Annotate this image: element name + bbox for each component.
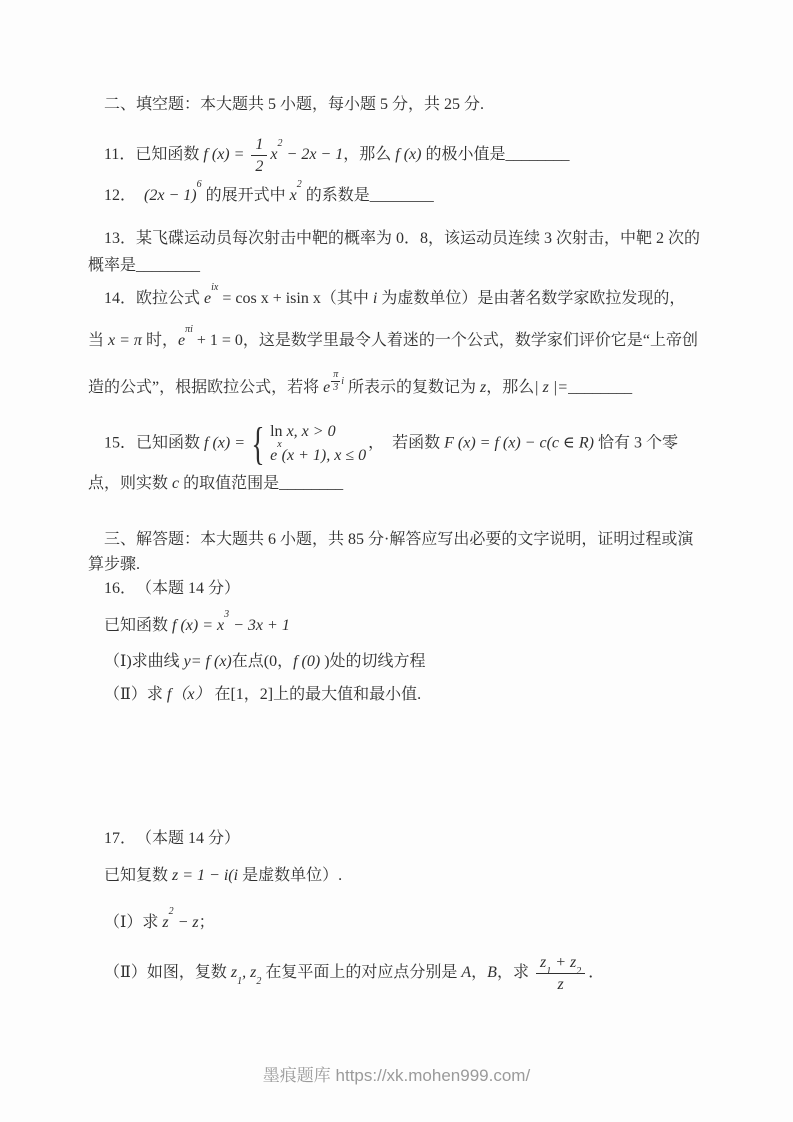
math: z (162, 914, 168, 931)
math: F (x) = f (x) − c(c ∈ R) (444, 435, 594, 452)
section-answer-heading-line1: 三、解答题：本大题共 6 小题，共 85 分·解答应写出必要的文字说明，证明过程… (88, 530, 713, 550)
question-15-line2: 点，则实数 c 的取值范围是________ (88, 474, 713, 494)
superscript: πi (185, 324, 193, 335)
text: 所表示的复数记为 (344, 379, 480, 396)
math: f（x） (167, 686, 211, 703)
fraction-denominator: 3 (331, 382, 340, 394)
text: ，求 (497, 964, 533, 981)
superscript: 2 (278, 138, 283, 149)
text: 为虚数单位）是由著名数学家欧拉发现的， (377, 290, 685, 307)
math: y= f (x) (184, 653, 232, 670)
text: （其中 (321, 290, 373, 307)
text: )处的切线方程 (320, 653, 425, 670)
question-16-part2: （Ⅱ）求 f（x） 在[1，2]上的最大值和最小值. (88, 685, 713, 705)
text: 在[1，2]上的最大值和最小值. (210, 686, 421, 703)
text: 已知复数 (104, 867, 172, 884)
question-16-given: 已知函数 f (x) = x3 − 3x + 1 (88, 616, 713, 636)
text: 造的公式”，根据欧拉公式，若将 (88, 379, 323, 396)
answer-blank: ________ (279, 475, 343, 492)
text: 若函数 (376, 435, 444, 452)
subscript: 2 (256, 976, 261, 987)
question-13-line1: 13．某飞碟运动员每次射击中靶的概率为 0．8，该运动员连续 3 次射击，中靶 … (88, 229, 713, 249)
question-17-given: 已知复数 z = 1 − i(i 是虚数单位）. (88, 866, 713, 886)
math: e (178, 332, 185, 349)
fraction-denominator: z (553, 974, 567, 995)
text: ； (199, 914, 215, 931)
answer-blank: ________ (505, 146, 569, 163)
answer-blank: ________ (370, 187, 434, 204)
text: 当 (88, 332, 108, 349)
question-17-head: 17． （本题 14 分） (88, 829, 713, 849)
math: , (242, 964, 250, 981)
question-14-line3: 造的公式”，根据欧拉公式，若将 eπ3i 所表示的复数记为 z，那么| z |=… (88, 369, 713, 398)
fraction-denominator: 2 (251, 156, 267, 177)
text: （Ⅰ)求曲线 (104, 653, 184, 670)
fraction: π3 (331, 369, 340, 394)
text: 12． (104, 187, 144, 204)
math: f (x) = (203, 146, 248, 163)
text: 的极小值是 (421, 146, 505, 163)
text: ，那么 (486, 379, 534, 396)
section-fill-in-heading: 二、填空题：本大题共 5 小题，每小题 5 分，共 25 分. (88, 95, 713, 115)
text: 概率是 (88, 257, 136, 274)
math: e (323, 379, 330, 396)
text: ， (368, 435, 376, 452)
text: （Ⅰ）求 (104, 914, 162, 931)
text: 的系数是 (302, 187, 370, 204)
text: （Ⅱ）如图，复数 (104, 964, 231, 981)
brace: { (251, 420, 264, 468)
question-14-line2: 当 x = π 时，eπi + 1 = 0，这是数学里最令人着迷的一个公式，数学… (88, 331, 713, 351)
case-row: ln x, x > 0 (270, 420, 366, 444)
text: （Ⅱ）求 (104, 686, 167, 703)
superscript: 6 (197, 179, 202, 190)
math: f (x) = x (172, 617, 224, 634)
question-12: 12． (2x − 1)6 的展开式中 x2 的系数是________ (88, 186, 713, 206)
text: 恰有 3 个零 (594, 435, 678, 452)
exam-page: 二、填空题：本大题共 5 小题，每小题 5 分，共 25 分. 11．已知函数 … (0, 0, 793, 1122)
math: f (0) (293, 653, 320, 670)
superscript: 2 (169, 906, 174, 917)
text: 在点(0， (232, 653, 293, 670)
text: 的取值范围是 (179, 475, 279, 492)
math: − 2x − 1 (283, 146, 344, 163)
math: | z |= (534, 379, 568, 396)
text: ，那么 (343, 146, 395, 163)
math: x (270, 146, 277, 163)
section-heading-text: 算步骤. (88, 556, 140, 573)
text: 17． （本题 14 分） (104, 830, 240, 847)
text: 16． （本题 14 分） (104, 580, 240, 597)
question-17-part1: （Ⅰ）求 z2 − z； (88, 913, 713, 933)
superscript: 3 (224, 609, 229, 620)
fraction: 12 (251, 134, 267, 177)
question-11: 11．已知函数 f (x) = 12x2 − 2x − 1，那么 f (x) 的… (88, 134, 713, 177)
text: 点，则实数 (88, 475, 172, 492)
piecewise-cases: {ln x, x > 0ex(x + 1), x ≤ 0 (247, 420, 366, 468)
question-13-line2: 概率是________ (88, 256, 713, 276)
section-answer-heading-line2: 算步骤. (88, 555, 713, 575)
question-16-head: 16． （本题 14 分） (88, 579, 713, 599)
question-14-line1: 14．欧拉公式 eix = cos x + isin x（其中 i 为虚数单位）… (88, 289, 713, 309)
fraction: z1 + z2z (536, 952, 585, 995)
superscript: ix (211, 282, 218, 293)
section-heading-text: 三、解答题：本大题共 6 小题，共 85 分·解答应写出必要的文字说明，证明过程… (104, 531, 693, 548)
footer-text: 墨痕题库 https://xk.mohen999.com/ (263, 1066, 530, 1085)
math: (2x − 1) (144, 187, 197, 204)
math: A (461, 964, 471, 981)
answer-blank: ________ (136, 257, 200, 274)
math: + 1 = 0 (193, 332, 243, 349)
text: 14．欧拉公式 (104, 290, 204, 307)
fraction-numerator: 1 (251, 134, 267, 156)
section-heading-text: 二、填空题：本大题共 5 小题，每小题 5 分，共 25 分. (104, 96, 484, 113)
math: x (290, 187, 297, 204)
text: 时， (142, 332, 178, 349)
text: 已知函数 (104, 617, 172, 634)
text: ， (471, 964, 487, 981)
text: 是虚数单位）. (238, 867, 342, 884)
math: − 3x + 1 (229, 617, 290, 634)
superscript: 2 (297, 179, 302, 190)
subscript: 1 (237, 976, 242, 987)
exponent-fraction: π3i (330, 369, 344, 394)
question-16-part1: （Ⅰ)求曲线 y= f (x)在点(0，f (0) )处的切线方程 (88, 652, 713, 672)
text: ，这是数学里最令人着迷的一个公式，数学家们评价它是“上帝创 (243, 332, 698, 349)
fraction-numerator: π (331, 369, 340, 382)
text: ． (588, 964, 604, 981)
text: 的展开式中 (202, 187, 290, 204)
footer: 墨痕题库 https://xk.mohen999.com/ (0, 1066, 793, 1086)
text: 15．已知函数 (104, 435, 204, 452)
math: = cos x + isin x (218, 290, 321, 307)
text: 13．某飞碟运动员每次射击中靶的概率为 0．8，该运动员连续 3 次射击，中靶 … (104, 230, 700, 247)
math: f (x) = (204, 435, 245, 452)
math: − z (174, 914, 199, 931)
answer-blank: ________ (568, 379, 632, 396)
math: f (x) (395, 146, 421, 163)
case-row: ex(x + 1), x ≤ 0 (270, 444, 366, 468)
text: 在复平面上的对应点分别是 (261, 964, 461, 981)
math: x = π (108, 332, 142, 349)
text: 11．已知函数 (104, 146, 203, 163)
question-17-part2: （Ⅱ）如图，复数 z1, z2 在复平面上的对应点分别是 A，B，求 z1 + … (88, 952, 713, 995)
math: z = 1 − i(i (172, 867, 238, 884)
question-15-line1: 15．已知函数 f (x) ={ln x, x > 0ex(x + 1), x … (88, 420, 713, 468)
fraction-numerator: z1 + z2 (536, 952, 585, 974)
math: B (487, 964, 497, 981)
